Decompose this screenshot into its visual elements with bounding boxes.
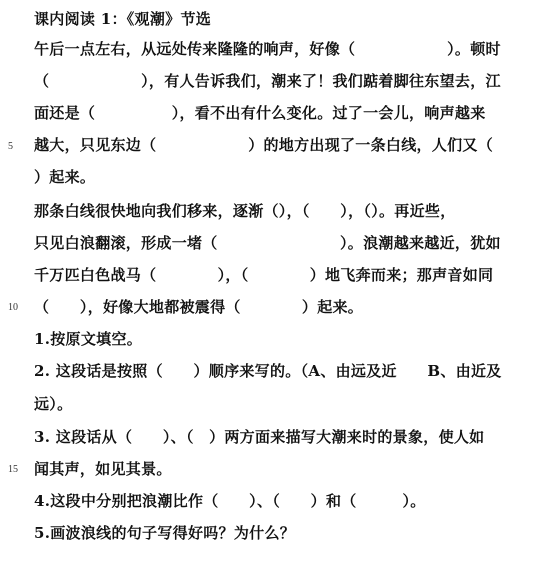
document-page: 课内阅读 1：《观潮》节选 午后一点左右，从远处传来隆隆的响声，好像（ ）。顿时… <box>0 0 533 563</box>
passage-line: （ ），好像大地都被震得（ ）起来。 <box>34 296 363 318</box>
passage-line: 只见白浪翻滚，形成一堵（ ）。浪潮越来越近，犹如 <box>34 232 501 254</box>
question-4: 4.这段中分别把浪潮比作（ ）、（ ）和（ ）。 <box>34 490 426 512</box>
passage-line: 午后一点左右，从远处传来隆隆的响声，好像（ ）。顿时 <box>34 38 501 60</box>
passage-line: 千万匹白色战马（ ），（ ）地飞奔而来；那声音如同 <box>34 264 493 286</box>
line-number: 10 <box>8 297 26 319</box>
passage-line: 面还是（ ），看不出有什么变化。过了一会儿，响声越来 <box>34 102 486 124</box>
question-3-continued: 闻其声，如见其景。 <box>34 458 172 480</box>
line-number: 5 <box>8 136 26 158</box>
question-5: 5.画波浪线的句子写得好吗？为什么？ <box>34 522 295 544</box>
passage-line: 越大，只见东边（ ）的地方出现了一条白线，人们又（ <box>34 134 493 156</box>
document-title: 课内阅读 1：《观潮》节选 <box>34 8 211 30</box>
question-3: 3. 这段话从（ ）、（ ）两方面来描写大潮来时的景象，使人如 <box>34 426 484 448</box>
question-2: 2. 这段话是按照（ ）顺序来写的。（A、由远及近 B、由近及 <box>34 360 502 382</box>
passage-line: （ ），有人告诉我们，潮来了！我们踮着脚往东望去，江 <box>34 70 501 92</box>
passage-line: 那条白线很快地向我们移来，逐渐（），（ ），（）。再近些， <box>34 200 456 222</box>
passage-line: ）起来。 <box>34 166 95 188</box>
question-1: 1.按原文填空。 <box>34 328 142 350</box>
question-2-continued: 远）。 <box>34 393 72 415</box>
line-number: 15 <box>8 459 26 481</box>
